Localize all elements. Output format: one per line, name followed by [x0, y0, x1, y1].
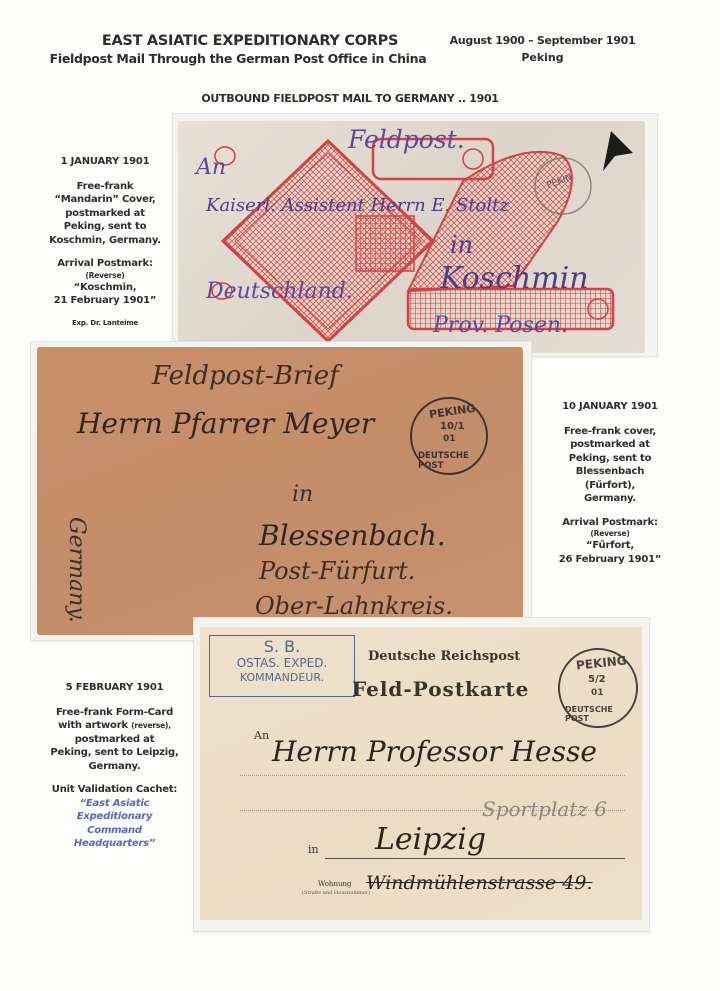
arrival-value: 26 February 1901”	[530, 553, 690, 567]
in-label: in	[308, 843, 319, 856]
arrival-note: (Reverse)	[530, 529, 690, 539]
cachet-value: “East Asiatic	[32, 797, 197, 811]
cover-handwriting: in	[450, 231, 473, 259]
city-line	[325, 858, 625, 859]
card-handwriting: Windmühlenstrasse 49.	[366, 872, 593, 894]
item-date: 10 JANUARY 1901	[530, 400, 690, 414]
item-date: 5 FEBRUARY 1901	[32, 681, 197, 695]
envelope-handwriting: in	[292, 482, 313, 507]
postmark-date: 5/2	[588, 674, 606, 685]
desc-line: “Mandarin” Cover,	[30, 193, 180, 207]
address-line	[240, 775, 625, 776]
desc-line: Peking, sent to	[530, 452, 690, 466]
wohnung-label: Wohnung	[318, 880, 351, 888]
cover-handwriting: Prov. Posen.	[433, 313, 568, 338]
envelope-handwriting: Feldpost-Brief	[152, 361, 339, 391]
cachet-value: Expeditionary	[32, 810, 197, 824]
feld-postkarte: S. B. OSTAS. EXPED. KOMMANDEUR. Deutsche…	[200, 627, 642, 920]
peking-postmark: PEKING 5/2 01 DEUTSCHE POST	[558, 648, 638, 728]
desc-note: (reverse),	[131, 721, 171, 730]
page-title: EAST ASIATIC EXPEDITIONARY CORPS	[70, 33, 430, 49]
postmark-date: 10/1	[440, 421, 465, 432]
cover-handwriting: Deutschland.	[206, 279, 353, 304]
postmark-text: PEKING	[428, 402, 476, 421]
card-handwriting: Sportplatz 6	[482, 797, 607, 821]
postmark-year: 01	[443, 434, 456, 444]
arrival-value: 21 February 1901”	[30, 294, 180, 308]
card-handwriting: Leipzig	[375, 822, 486, 857]
arrival-note: (Reverse)	[30, 271, 180, 281]
item-2-description: 10 JANUARY 1901 Free-frank cover, postma…	[530, 400, 690, 566]
section-title: OUTBOUND FIELDPOST MAIL TO GERMANY .. 19…	[150, 92, 550, 105]
envelope-handwriting: Post-Fürfurt.	[259, 557, 415, 585]
postmark-year: 01	[591, 688, 604, 698]
arrival-value: “Koschmin,	[30, 281, 180, 295]
feldpost-envelope: Feldpost-Brief Herrn Pfarrer Meyer in Bl…	[37, 347, 523, 635]
envelope-handwriting: Ober-Lahnkreis.	[255, 592, 453, 620]
postmark-text: DEUTSCHE POST	[565, 705, 636, 723]
desc-line: (Fűrfort),	[530, 479, 690, 493]
desc-line: postmarked at	[30, 207, 180, 221]
cover-handwriting: Koschmin	[440, 261, 589, 296]
desc-line: with artwork	[58, 720, 128, 731]
arrival-label: Arrival Postmark:	[530, 516, 690, 530]
desc-line: Germany.	[530, 492, 690, 506]
cover-handwriting: An	[196, 155, 226, 180]
item-3-description: 5 FEBRUARY 1901 Free-frank Form-Card wit…	[32, 681, 197, 851]
envelope-handwriting: Herrn Pfarrer Meyer	[77, 407, 374, 440]
unit-cachet: S. B. OSTAS. EXPED. KOMMANDEUR.	[209, 635, 355, 697]
desc-line: Koschmin, Germany.	[30, 234, 180, 248]
place: Peking	[440, 51, 645, 64]
desc-line: Free-frank Form-Card	[32, 706, 197, 720]
cachet-line: OSTAS. EXPED.	[210, 656, 354, 671]
desc-line: postmarked at	[530, 438, 690, 452]
page-subtitle: Fieldpost Mail Through the German Post O…	[38, 51, 438, 66]
postmark-text: PEKING	[575, 653, 627, 672]
date-range: August 1900 – September 1901	[440, 34, 645, 47]
cachet-line: KOMMANDEUR.	[210, 671, 354, 685]
arrival-value: “Fűrfort,	[530, 539, 690, 553]
cover-handwriting: Feldpost.	[348, 125, 465, 154]
postmark-text: DEUTSCHE POST	[418, 451, 486, 471]
credit: Exp. Dr. Lanteime	[30, 317, 180, 331]
item-1-description: 1 JANUARY 1901 Free-frank “Mandarin” Cov…	[30, 155, 180, 330]
card-handwriting: Herrn Professor Hesse	[272, 735, 597, 768]
arrival-label: Arrival Postmark:	[30, 257, 180, 271]
desc-line: postmarked at	[32, 733, 197, 747]
desc-line: Free-frank	[30, 180, 180, 194]
envelope-handwriting: Blessenbach.	[259, 519, 446, 552]
desc-line: Peking, sent to Leipzig,	[32, 746, 197, 760]
an-label: An	[254, 729, 269, 742]
cachet-label: Unit Validation Cachet:	[32, 783, 197, 797]
printed-title: Feld-Postkarte	[352, 677, 529, 701]
cachet-value: Command	[32, 824, 197, 838]
desc-line: Free-frank cover,	[530, 425, 690, 439]
peking-postmark: PEKING 10/1 01 DEUTSCHE POST	[410, 397, 488, 475]
wohnung-sub: (Straße und Hausnummer)	[302, 890, 370, 896]
mandarin-artwork: PEKIN	[178, 121, 645, 353]
item-date: 1 JANUARY 1901	[30, 155, 180, 169]
printed-header: Deutsche Reichspost	[368, 649, 520, 664]
desc-line: Blessenbach	[530, 465, 690, 479]
desc-line: Peking, sent to	[30, 220, 180, 234]
mandarin-cover: PEKIN Feldpost. An Kaiserl. Assistent He…	[178, 121, 645, 353]
envelope-handwriting: Germany.	[64, 517, 89, 623]
cachet-value: Headquarters”	[32, 837, 197, 851]
cover-handwriting: Kaiserl. Assistent Herrn E. Stoltz	[206, 195, 509, 216]
desc-line: Germany.	[32, 760, 197, 774]
cachet-line: S. B.	[210, 638, 354, 656]
